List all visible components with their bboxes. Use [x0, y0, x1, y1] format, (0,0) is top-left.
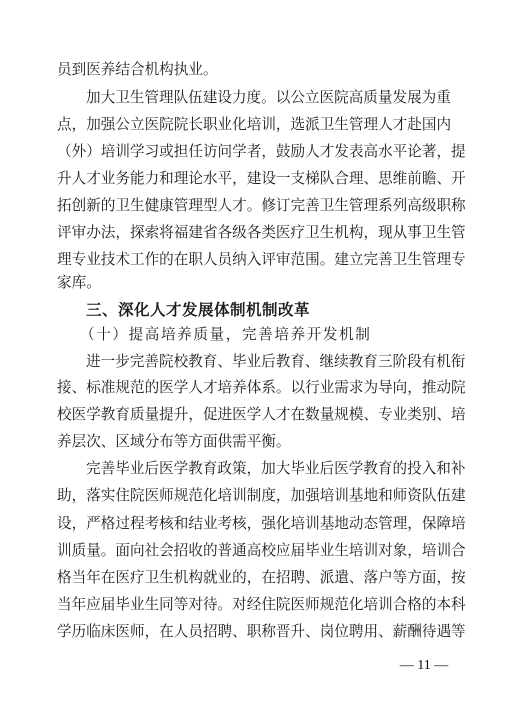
document-page: 员到医养结合机构执业。加大卫生管理队伍建设力度。以公立医院高质量发展为重点，加强…	[0, 0, 506, 704]
paragraph-line: 进一步完善院校教育、毕业后教育、继续教育三阶段有机衔	[86, 351, 449, 373]
paragraph-line: 助，落实住院医师规范化培训制度，加强培训基地和师资队伍建	[57, 485, 449, 507]
paragraph-line: 养层次、区域分布等方面供需平衡。	[57, 431, 449, 453]
paragraph-line: （外）培训学习或担任访问学者，鼓励人才发表高水平论著，提	[57, 141, 449, 163]
paragraph-line: 校医学教育质量提升，促进医学人才在数量规模、专业类别、培	[57, 404, 449, 426]
paragraph-line: 接、标准规范的医学人才培养体系。以行业需求为导向，推动院	[57, 377, 449, 399]
paragraph-line: 加大卫生管理队伍建设力度。以公立医院高质量发展为重	[86, 87, 449, 109]
paragraph-line: 设，严格过程考核和结业考核，强化培训基地动态管理，保障培	[57, 513, 449, 535]
paragraph-line: 格当年在医疗卫生机构就业的，在招聘、派遣、落户等方面，按	[57, 567, 449, 589]
page-number: — 11 —	[396, 656, 452, 676]
paragraph-line: 完善毕业后医学教育政策，加大毕业后医学教育的投入和补	[86, 458, 449, 480]
paragraph-line: 升人才业务能力和理论水平，建设一支梯队合理、思维前瞻、开	[57, 168, 449, 190]
paragraph-line: 学历临床医师，在人员招聘、职称晋升、岗位聘用、薪酬待遇等	[57, 621, 449, 643]
paragraph-line: 理专业技术工作的在职人员纳入评审范围。建立完善卫生管理专	[57, 249, 449, 271]
paragraph-line: 拓创新的卫生健康管理型人才。修订完善卫生管理系列高级职称	[57, 195, 449, 217]
paragraph-line: 家库。	[57, 272, 449, 294]
paragraph-line: 员到医养结合机构执业。	[57, 59, 449, 81]
paragraph-line: 评审办法，探索将福建省各级各类医疗卫生机构，现从事卫生管	[57, 222, 449, 244]
paragraph-line: 点，加强公立医院院长职业化培训，选派卫生管理人才赴国内	[57, 114, 449, 136]
section-heading: 三、深化人才发展体制机制改革	[86, 299, 478, 321]
paragraph-line: 训质量。面向社会招收的普通高校应届毕业生培训对象，培训合	[57, 540, 449, 562]
subsection-heading: （十）提高培养质量，完善培养开发机制	[80, 324, 443, 346]
paragraph-line: 当年应届毕业生同等对待。对经住院医师规范化培训合格的本科	[57, 594, 449, 616]
